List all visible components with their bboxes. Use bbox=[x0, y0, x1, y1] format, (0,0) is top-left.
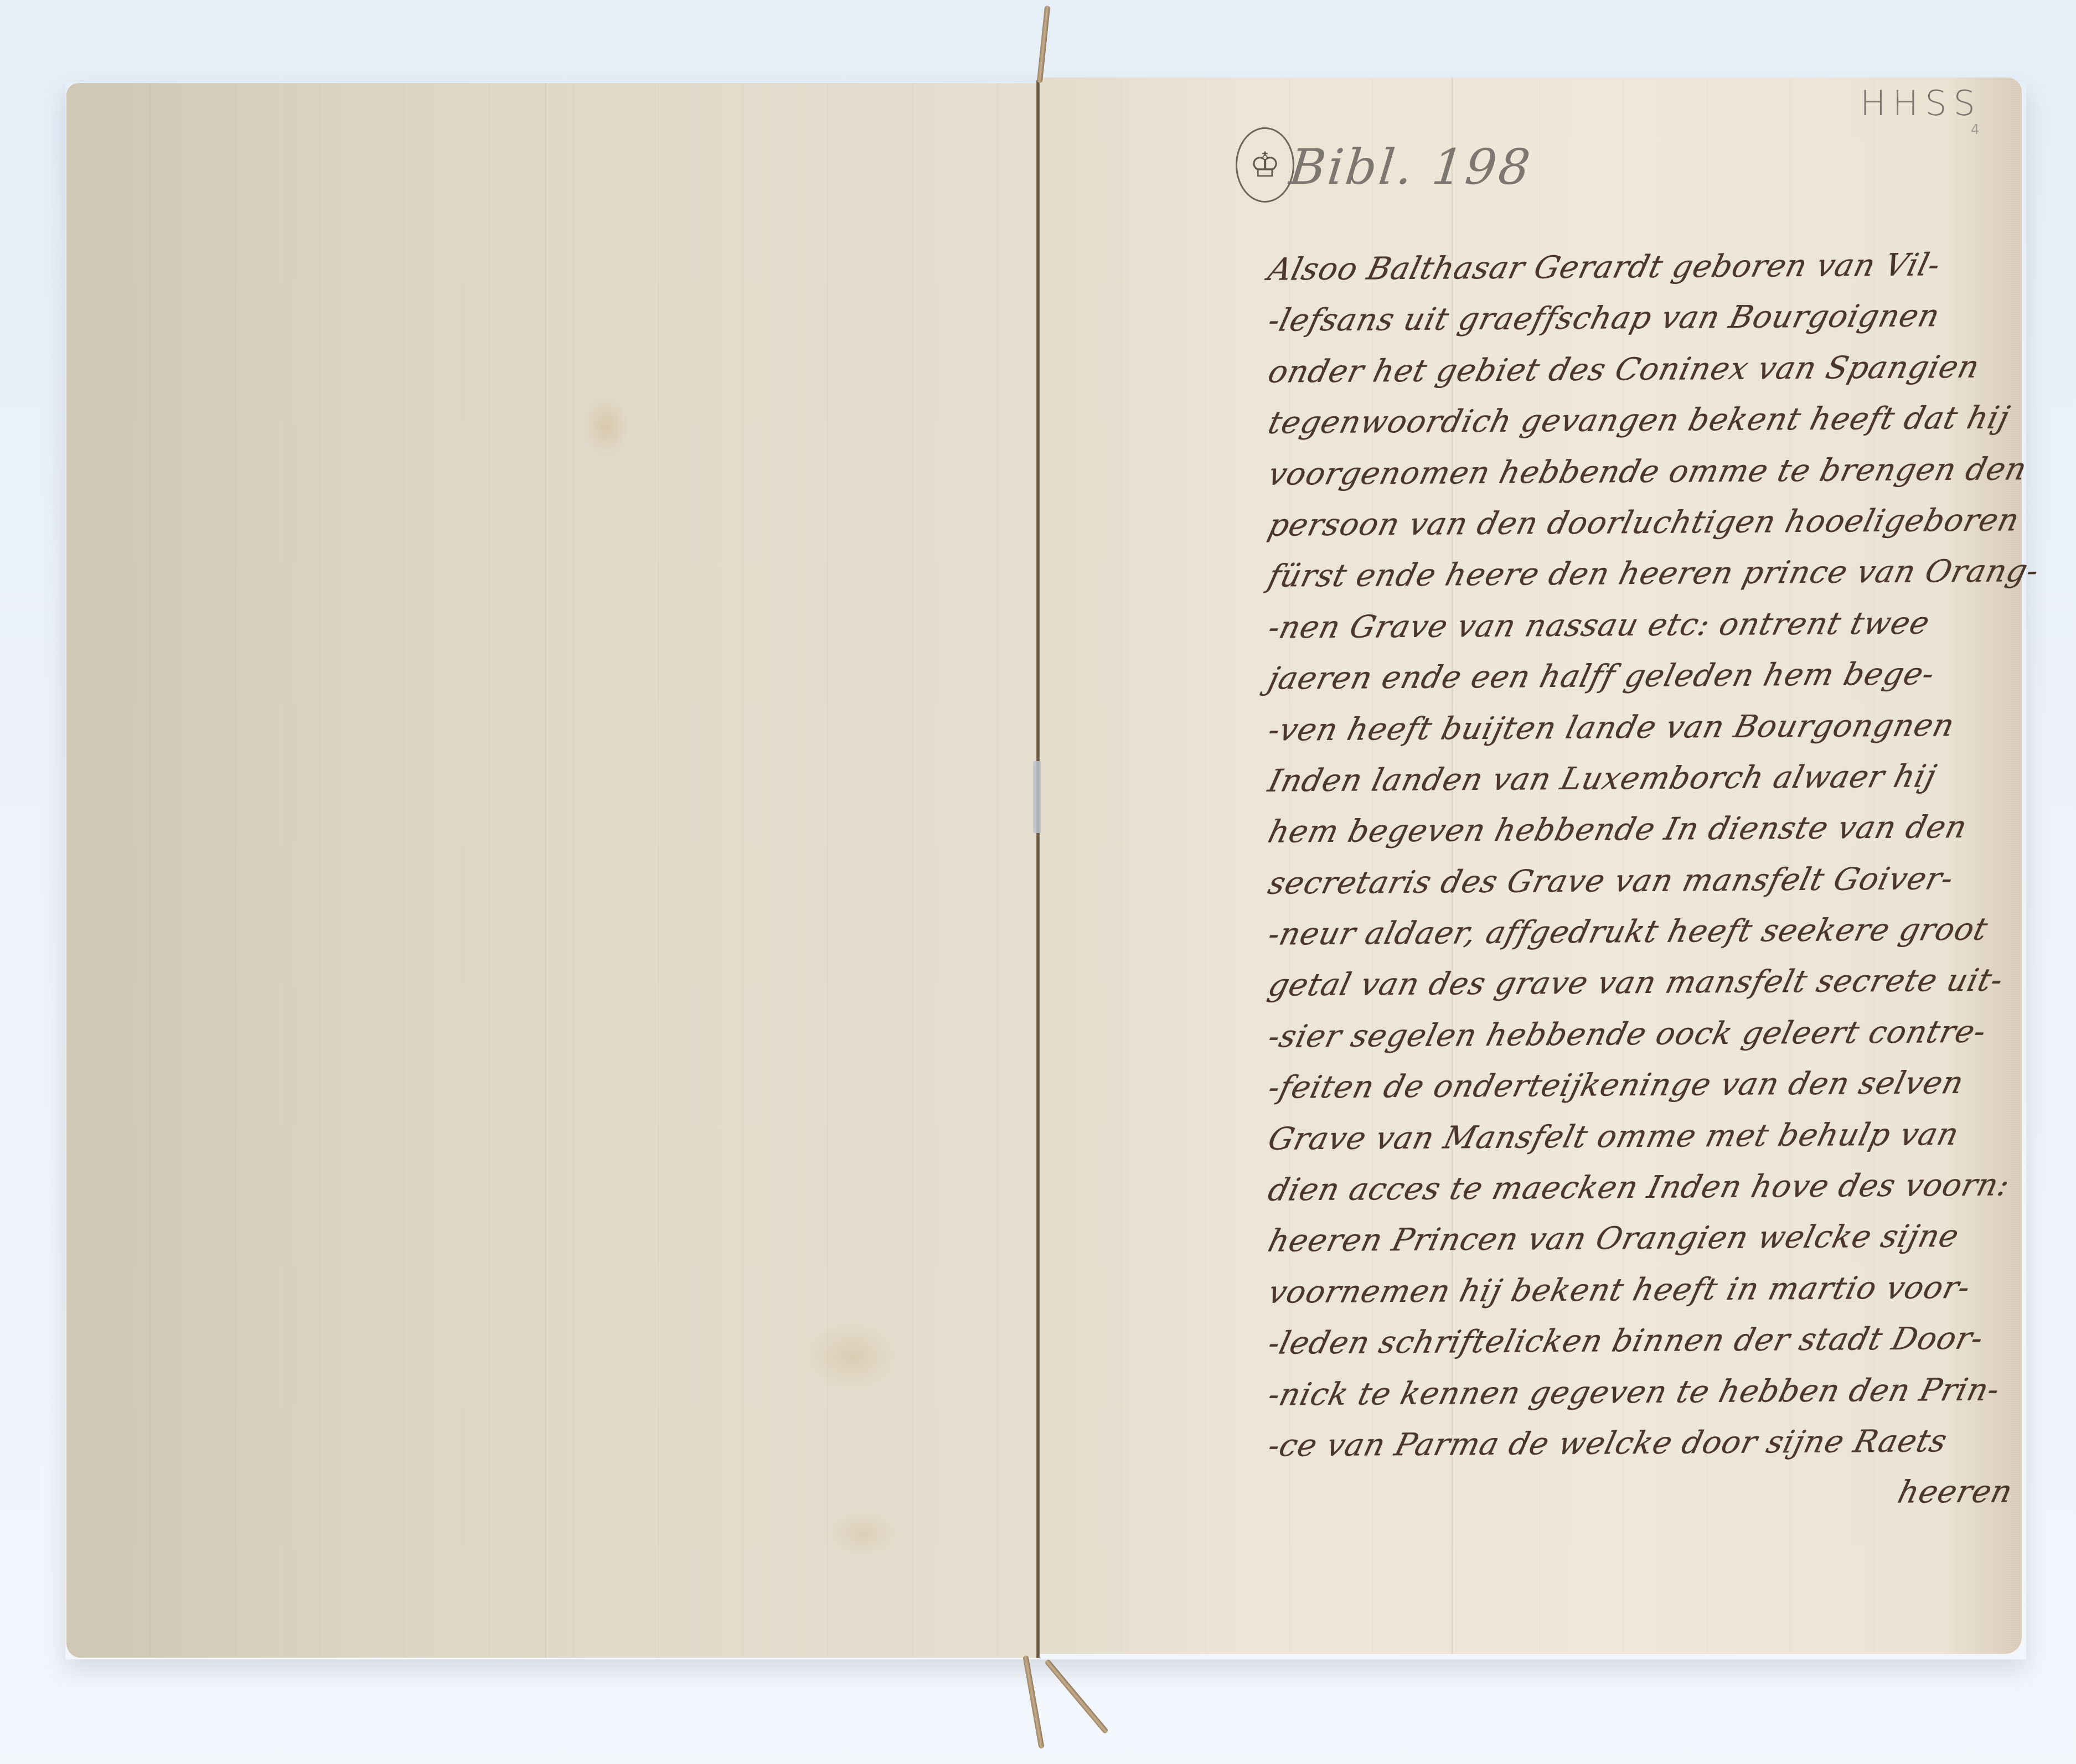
manuscript-line: -nen Grave van nassau etc: ontrent twee bbox=[1261, 604, 2028, 661]
manuscript-line: fürst ende heere den heeren prince van O… bbox=[1261, 553, 2028, 610]
manuscript-line: getal van des grave van mansfelt secrete… bbox=[1261, 963, 2028, 1019]
manuscript-line: voorgenomen hebbende omme te brengen den bbox=[1261, 451, 2028, 508]
binding-string-top bbox=[1037, 6, 1051, 83]
manuscript-text: Alsoo Balthasar Gerardt geboren van Vil-… bbox=[1268, 249, 2021, 1528]
manuscript-line: -neur aldaer, affgedrukt heeft seekere g… bbox=[1261, 911, 2028, 968]
left-page bbox=[66, 83, 1038, 1658]
left-page-fold-crease bbox=[545, 83, 548, 1658]
repair-tape bbox=[1033, 761, 1041, 833]
catchword: heeren bbox=[1261, 1474, 2028, 1530]
binding-spine bbox=[1036, 80, 1040, 1658]
manuscript-line: dien acces te maecken Inden hove des voo… bbox=[1261, 1167, 2028, 1223]
manuscript-line: -sier segelen hebbende oock geleert cont… bbox=[1261, 1013, 2028, 1070]
manuscript-line: -nick te kennen gegeven te hebben den Pr… bbox=[1261, 1372, 2028, 1428]
manuscript-line: secretaris des Grave van mansfelt Goiver… bbox=[1261, 860, 2028, 917]
manuscript-line: jaeren ende een halff geleden hem bege- bbox=[1261, 655, 2028, 712]
manuscript-line: Alsoo Balthasar Gerardt geboren van Vil- bbox=[1261, 246, 2028, 303]
manuscript-line: -leden schriftelicken binnen der stadt D… bbox=[1261, 1320, 2028, 1377]
stamp-crown-glyph: ♔ bbox=[1249, 148, 1280, 182]
manuscript-line: persoon van den doorluchtigen hooeligebo… bbox=[1261, 502, 2028, 558]
manuscript-line: onder het gebiet des Coninex van Spangie… bbox=[1261, 349, 2028, 405]
binding-string-bottom-tail bbox=[1044, 1659, 1109, 1735]
catalog-mark: HHSS bbox=[1860, 83, 1982, 123]
manuscript-line: Grave van Mansfelt omme met behulp van bbox=[1261, 1116, 2028, 1172]
manuscript-line: heeren Princen van Orangien welcke sijne bbox=[1261, 1218, 2028, 1275]
manuscript-line: -ven heeft buijten lande van Bourgongnen bbox=[1261, 707, 2028, 763]
manuscript-line: Inden landen van Luxemborch alwaer hij bbox=[1261, 758, 2028, 814]
library-stamp-icon: ♔ bbox=[1236, 127, 1294, 203]
manuscript-line: hem begeven hebbende In dienste van den bbox=[1261, 809, 2028, 866]
manuscript-line: -lefsans uit graeffschap van Bourgoignen bbox=[1261, 298, 2028, 354]
manuscript-line: tegenwoordich gevangen bekent heeft dat … bbox=[1261, 400, 2028, 456]
manuscript-line: -ce van Parma de welcke door sijne Raets bbox=[1261, 1422, 2028, 1479]
manuscript-line: voornemen hij bekent heeft in martio voo… bbox=[1261, 1269, 2028, 1326]
binding-string-bottom bbox=[1022, 1655, 1044, 1749]
catalog-sub-mark: 4 bbox=[1971, 122, 1979, 137]
manuscript-line: -feiten de onderteijkeninge van den selv… bbox=[1261, 1065, 2028, 1121]
shelfmark: Bibl. 198 bbox=[1287, 138, 1535, 195]
